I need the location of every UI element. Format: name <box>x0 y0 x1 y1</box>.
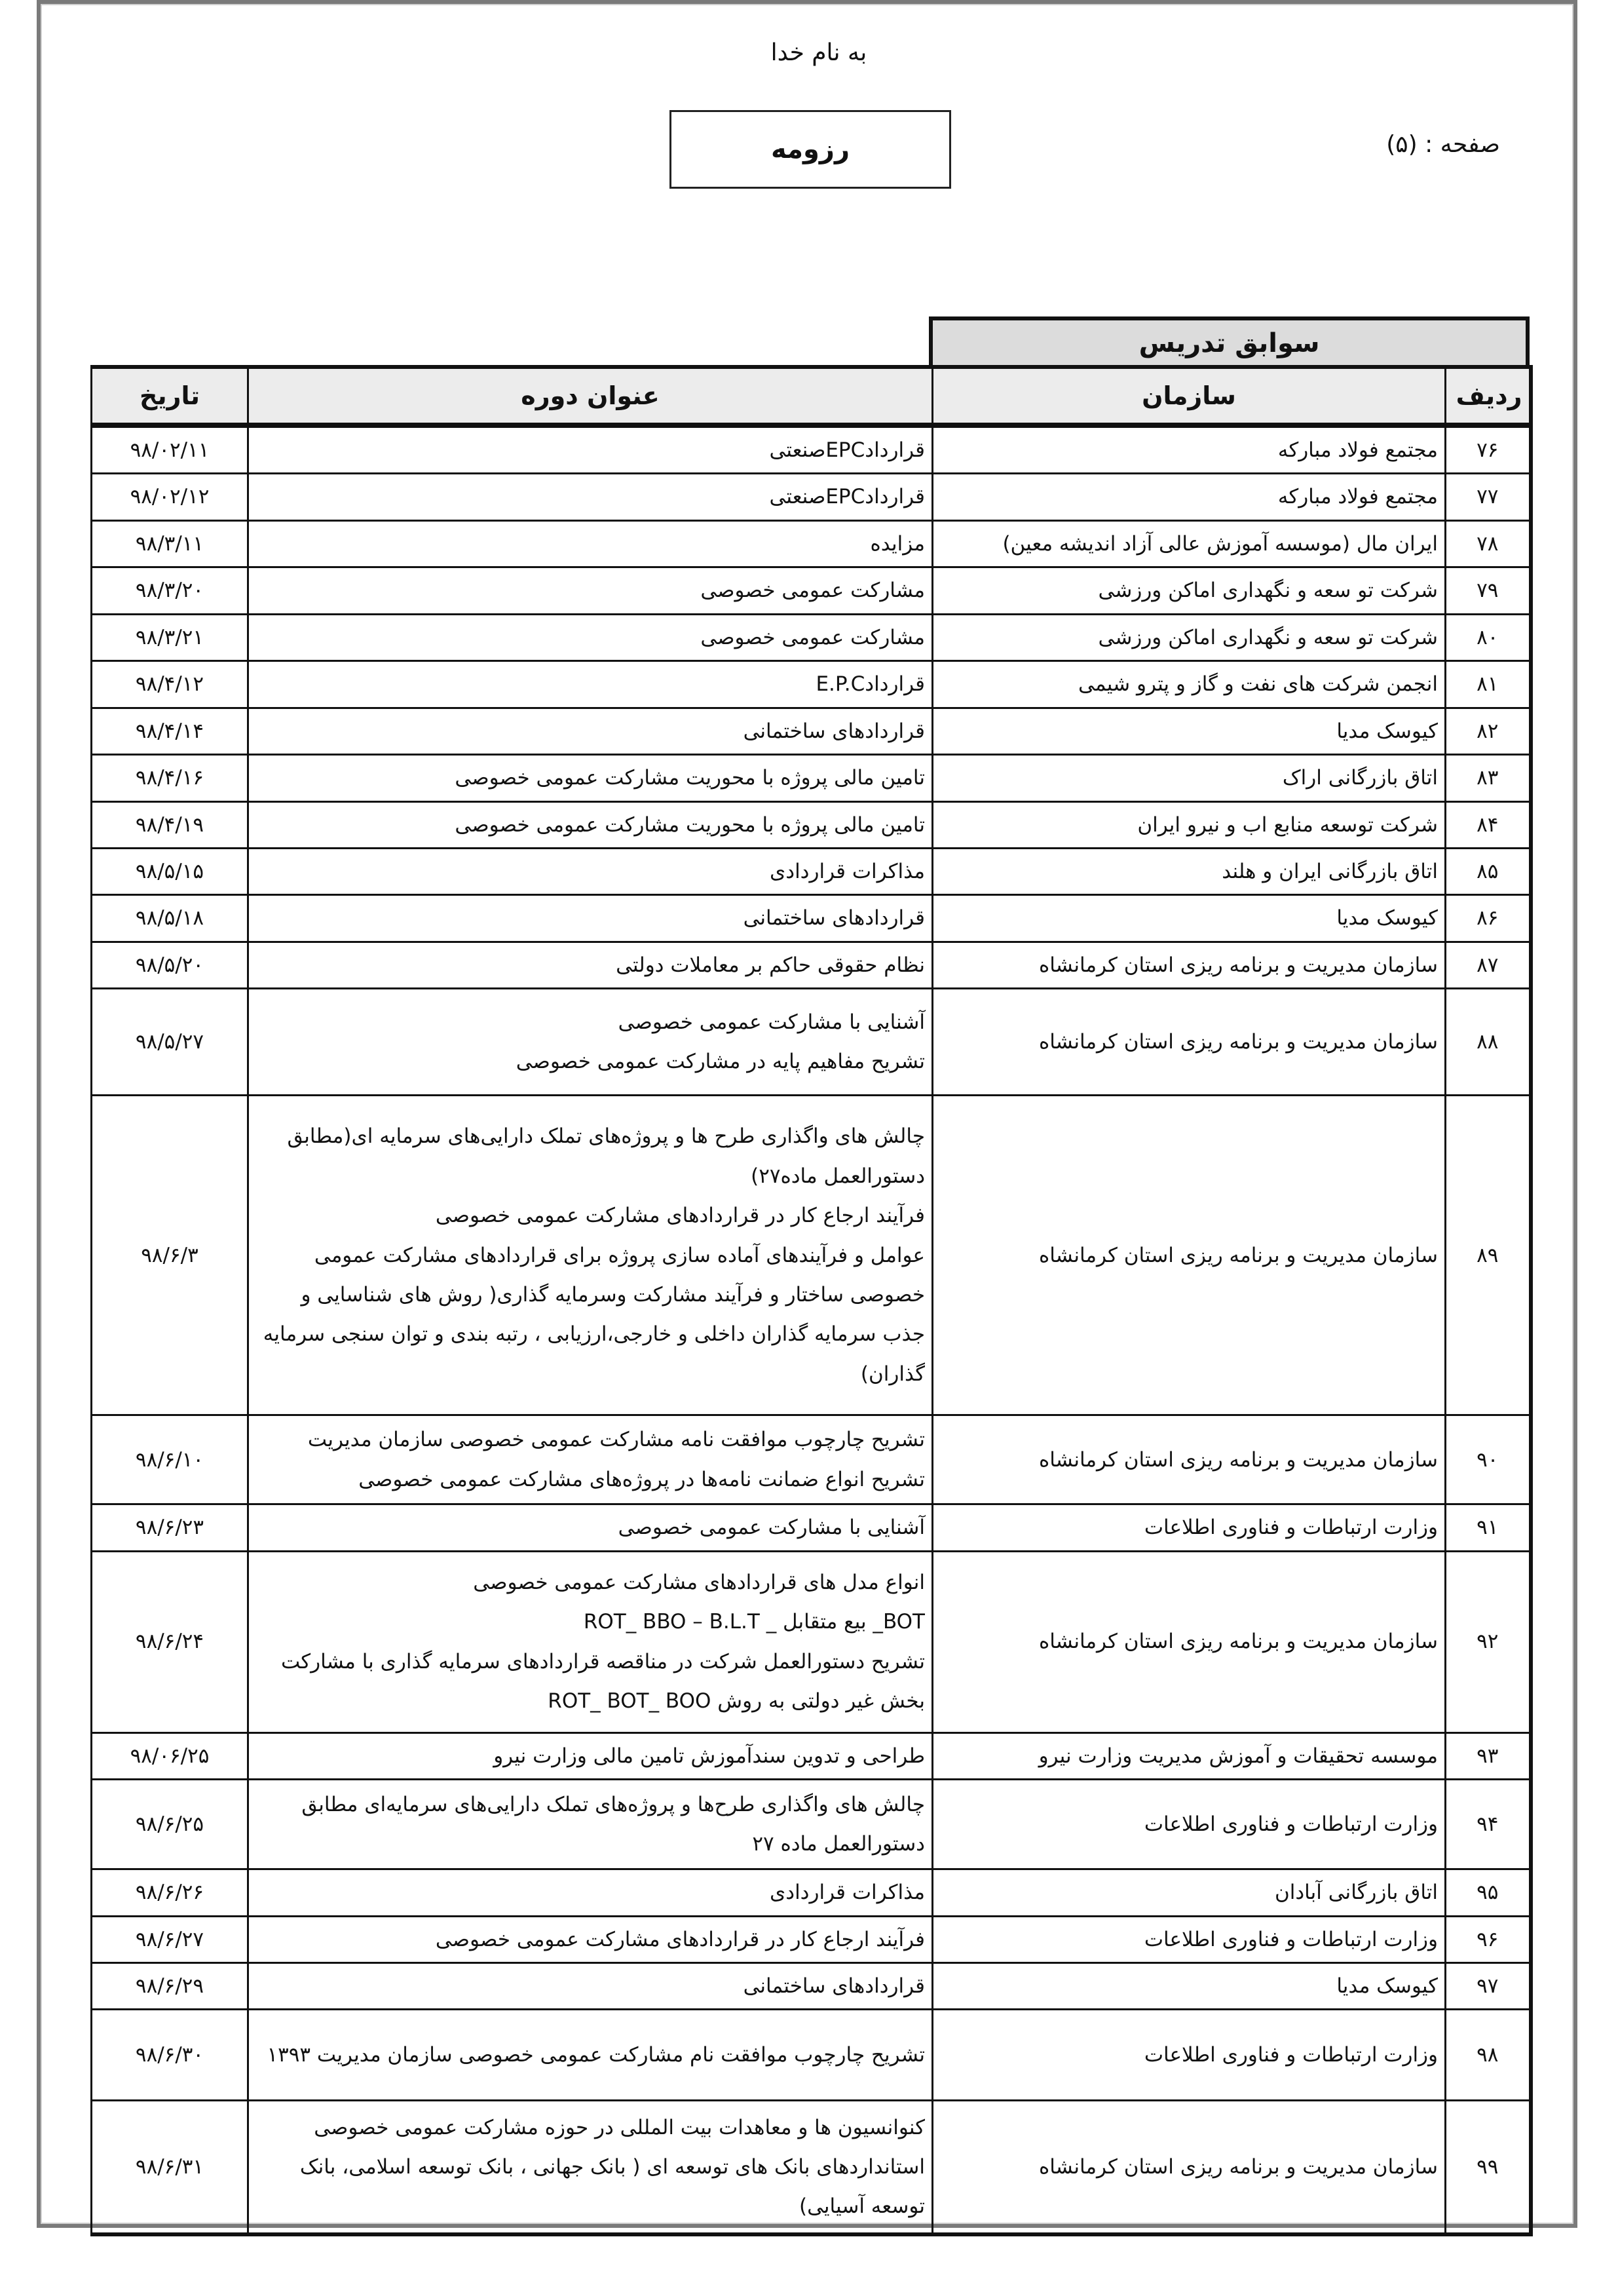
organization-cell: سازمان مدیریت و برنامه ریزی استان کرمانش… <box>933 1096 1446 1415</box>
course-title-line: چالش های واگذاری طرح ها و پروژه‌های تملک… <box>255 1117 925 1196</box>
date-cell: ۹۸/۶/۲۷ <box>92 1916 248 1962</box>
date-cell: ۹۸/۰۲/۱۱ <box>92 425 248 474</box>
course-title-line: تشریح انواع ضمانت نامه‌ها در پروژه‌های م… <box>255 1460 925 1499</box>
date-cell: ۹۸/۶/۲۹ <box>92 1963 248 2010</box>
organization-cell: سازمان مدیریت و برنامه ریزی استان کرمانش… <box>933 2101 1446 2234</box>
date-cell: ۹۸/۵/۱۸ <box>92 895 248 942</box>
date-cell: ۹۸/۶/۲۵ <box>92 1780 248 1869</box>
organization-cell: وزارت ارتباطات و فناوری اطلاعات <box>933 1780 1446 1869</box>
date-cell: ۹۸/۰۶/۲۵ <box>92 1732 248 1779</box>
row-number-cell: ۸۹ <box>1446 1096 1531 1415</box>
row-number-cell: ۸۳ <box>1446 755 1531 801</box>
organization-cell: اتاق بازرگانی ایران و هلند <box>933 848 1446 894</box>
course-title-line: فرآیند ارجاع کار در قراردادهای مشارکت عم… <box>255 1920 925 1959</box>
date-cell: ۹۸/۴/۱۹ <box>92 801 248 848</box>
course-title-cell: چالش های واگذاری طرح ها و پروژه‌های تملک… <box>248 1096 933 1415</box>
table-row: ۷۶مجتمع فولاد مبارکهقراردادEPCصنعتی۹۸/۰۲… <box>92 425 1531 474</box>
course-title-line: کنوانسیون ها و معاهدات بیت المللی در حوز… <box>255 2108 925 2147</box>
table-row: ۷۹شرکت تو سعه و نگهداری اماکن ورزشیمشارک… <box>92 567 1531 614</box>
organization-cell: وزارت ارتباطات و فناوری اطلاعات <box>933 1504 1446 1551</box>
course-title-line: مذاکرات قراردادی <box>255 1873 925 1912</box>
date-cell: ۹۸/۵/۲۰ <box>92 942 248 988</box>
organization-cell: مجتمع فولاد مبارکه <box>933 425 1446 474</box>
organization-cell: موسسه تحقیقات و آموزش مدیریت وزارت نیرو <box>933 1732 1446 1779</box>
table-header-row: ردیف سازمان عنوان دوره تاریخ <box>92 367 1531 425</box>
organization-cell: ایران مال (موسسه آموزش عالی آزاد اندیشه … <box>933 520 1446 567</box>
document-title: رزومه <box>771 134 850 164</box>
row-number-cell: ۹۲ <box>1446 1551 1531 1732</box>
course-title-line: قراردادهای ساختمانی <box>255 1966 925 2006</box>
course-title-cell: قراردادهای ساختمانی <box>248 708 933 754</box>
course-title-cell: قراردادهای ساختمانی <box>248 1963 933 2010</box>
date-cell: ۹۸/۴/۱۴ <box>92 708 248 754</box>
course-title-line: قراردادEPCصنعتی <box>255 477 925 516</box>
row-number-cell: ۷۹ <box>1446 567 1531 614</box>
table-row: ۸۴شرکت توسعه منابع اب و نیرو ایرانتامین … <box>92 801 1531 848</box>
column-header-organization: سازمان <box>933 367 1446 425</box>
section-title: سوابق تدریس <box>1139 328 1320 358</box>
date-cell: ۹۸/۵/۱۵ <box>92 848 248 894</box>
table-row: ۹۴وزارت ارتباطات و فناوری اطلاعاتچالش ها… <box>92 1780 1531 1869</box>
course-title-line: عوامل و فرآیندهای آماده سازی پروژه برای … <box>255 1236 925 1394</box>
teaching-history-table: ردیف سازمان عنوان دوره تاریخ ۷۶مجتمع فول… <box>90 365 1533 2236</box>
row-number-cell: ۸۰ <box>1446 614 1531 660</box>
column-header-date: تاریخ <box>92 367 248 425</box>
date-cell: ۹۸/۶/۳۱ <box>92 2101 248 2234</box>
table-row: ۹۸وزارت ارتباطات و فناوری اطلاعاتتشریح چ… <box>92 2010 1531 2101</box>
course-title-cell: تامین مالی پروژه با محوریت مشارکت عمومی … <box>248 755 933 801</box>
table-row: ۹۰سازمان مدیریت و برنامه ریزی استان کرما… <box>92 1415 1531 1504</box>
table-row: ۹۶وزارت ارتباطات و فناوری اطلاعاتفرآیند … <box>92 1916 1531 1962</box>
course-title-line: تشریح مفاهیم پایه در مشارکت عمومی خصوصی <box>255 1042 925 1081</box>
row-number-cell: ۸۸ <box>1446 989 1531 1096</box>
table-row: ۹۵اتاق بازرگانی آبادانمذاکرات قراردادی۹۸… <box>92 1869 1531 1916</box>
organization-cell: شرکت توسعه منابع اب و نیرو ایران <box>933 801 1446 848</box>
course-title-line: نظام حقوقی حاکم بر معاملات دولتی <box>255 946 925 985</box>
course-title-line: تشریح دستورالعمل شرکت در مناقصه قرارداده… <box>255 1642 925 1721</box>
date-cell: ۹۸/۶/۲۴ <box>92 1551 248 1732</box>
course-title-cell: قراردادهای ساختمانی <box>248 895 933 942</box>
course-title-line: مذاکرات قراردادی <box>255 852 925 891</box>
column-header-course-title: عنوان دوره <box>248 367 933 425</box>
course-title-cell: آشنایی با مشارکت عمومی خصوصی <box>248 1504 933 1551</box>
course-title-line: انواع مدل های قراردادهای مشارکت عمومی خص… <box>255 1563 925 1602</box>
course-title-cell: کنوانسیون ها و معاهدات بیت المللی در حوز… <box>248 2101 933 2234</box>
organization-cell: شرکت تو سعه و نگهداری اماکن ورزشی <box>933 567 1446 614</box>
row-number-cell: ۹۶ <box>1446 1916 1531 1962</box>
table-row: ۷۷مجتمع فولاد مبارکهقراردادEPCصنعتی۹۸/۰۲… <box>92 474 1531 520</box>
course-title-cell: مذاکرات قراردادی <box>248 1869 933 1916</box>
date-cell: ۹۸/۶/۲۳ <box>92 1504 248 1551</box>
course-title-cell: مذاکرات قراردادی <box>248 848 933 894</box>
course-title-cell: قراردادEPCصنعتی <box>248 425 933 474</box>
table-row: ۸۲کیوسک مدیاقراردادهای ساختمانی۹۸/۴/۱۴ <box>92 708 1531 754</box>
course-title-cell: آشنایی با مشارکت عمومی خصوصیتشریح مفاهیم… <box>248 989 933 1096</box>
date-cell: ۹۸/۶/۲۶ <box>92 1869 248 1916</box>
row-number-cell: ۸۴ <box>1446 801 1531 848</box>
course-title-cell: مشارکت عمومی خصوصی <box>248 567 933 614</box>
organization-cell: وزارت ارتباطات و فناوری اطلاعات <box>933 2010 1446 2101</box>
organization-cell: سازمان مدیریت و برنامه ریزی استان کرمانش… <box>933 1415 1446 1504</box>
course-title-line: آشنایی با مشارکت عمومی خصوصی <box>255 1508 925 1547</box>
row-number-cell: ۹۵ <box>1446 1869 1531 1916</box>
course-title-cell: طراحی و تدوین سندآموزش تامین مالی وزارت … <box>248 1732 933 1779</box>
table-row: ۹۲سازمان مدیریت و برنامه ریزی استان کرما… <box>92 1551 1531 1732</box>
organization-cell: کیوسک مدیا <box>933 708 1446 754</box>
course-title-line: استانداردهای بانک های توسعه ای ( بانک جه… <box>255 2147 925 2227</box>
course-title-line: قراردادEPCصنعتی <box>255 430 925 470</box>
table-row: ۸۹سازمان مدیریت و برنامه ریزی استان کرما… <box>92 1096 1531 1415</box>
table-row: ۷۸ایران مال (موسسه آموزش عالی آزاد اندیش… <box>92 520 1531 567</box>
table-body: ۷۶مجتمع فولاد مبارکهقراردادEPCصنعتی۹۸/۰۲… <box>92 425 1531 2234</box>
row-number-cell: ۸۵ <box>1446 848 1531 894</box>
date-cell: ۹۸/۴/۱۶ <box>92 755 248 801</box>
document-title-box: رزومه <box>669 110 951 189</box>
course-title-cell: مشارکت عمومی خصوصی <box>248 614 933 660</box>
course-title-line: تشریح چارچوب موافقت نامه مشارکت عمومی خص… <box>255 1420 925 1459</box>
organization-cell: سازمان مدیریت و برنامه ریزی استان کرمانش… <box>933 942 1446 988</box>
row-number-cell: ۹۸ <box>1446 2010 1531 2101</box>
course-title-line: قراردادE.P.C <box>255 664 925 704</box>
course-title-line: تشریح چارچوب موافقت نام مشارکت عمومی خصو… <box>255 2035 925 2075</box>
table-row: ۸۶کیوسک مدیاقراردادهای ساختمانی۹۸/۵/۱۸ <box>92 895 1531 942</box>
date-cell: ۹۸/۰۲/۱۲ <box>92 474 248 520</box>
date-cell: ۹۸/۶/۳۰ <box>92 2010 248 2101</box>
row-number-cell: ۹۷ <box>1446 1963 1531 2010</box>
course-title-cell: انواع مدل های قراردادهای مشارکت عمومی خص… <box>248 1551 933 1732</box>
course-title-line: آشنایی با مشارکت عمومی خصوصی <box>255 1003 925 1042</box>
course-title-line: BOT_ بیع متقابل _ ROT_ BBO – B.L.T <box>255 1602 925 1641</box>
course-title-line: قراردادهای ساختمانی <box>255 712 925 751</box>
organization-cell: شرکت تو سعه و نگهداری اماکن ورزشی <box>933 614 1446 660</box>
row-number-cell: ۷۷ <box>1446 474 1531 520</box>
organization-cell: کیوسک مدیا <box>933 1963 1446 2010</box>
table-row: ۹۱وزارت ارتباطات و فناوری اطلاعاتآشنایی … <box>92 1504 1531 1551</box>
date-cell: ۹۸/۳/۲۱ <box>92 614 248 660</box>
course-title-cell: نظام حقوقی حاکم بر معاملات دولتی <box>248 942 933 988</box>
section-title-band: سوابق تدریس <box>929 316 1530 366</box>
row-number-cell: ۹۰ <box>1446 1415 1531 1504</box>
table-row: ۸۷سازمان مدیریت و برنامه ریزی استان کرما… <box>92 942 1531 988</box>
course-title-line: تامین مالی پروژه با محوریت مشارکت عمومی … <box>255 805 925 845</box>
date-cell: ۹۸/۴/۱۲ <box>92 661 248 708</box>
table-row: ۸۸سازمان مدیریت و برنامه ریزی استان کرما… <box>92 989 1531 1096</box>
course-title-cell: فرآیند ارجاع کار در قراردادهای مشارکت عم… <box>248 1916 933 1962</box>
page-number: صفحه : (۵) <box>1336 131 1500 158</box>
course-title-cell: چالش های واگذاری طرح‌ها و پروژه‌های تملک… <box>248 1780 933 1869</box>
course-title-cell: مزایده <box>248 520 933 567</box>
organization-cell: انجمن شرکت های نفت و گاز و پترو شیمی <box>933 661 1446 708</box>
date-cell: ۹۸/۵/۲۷ <box>92 989 248 1096</box>
date-cell: ۹۸/۶/۳ <box>92 1096 248 1415</box>
row-number-cell: ۸۱ <box>1446 661 1531 708</box>
course-title-cell: قراردادEPCصنعتی <box>248 474 933 520</box>
course-title-cell: تشریح چارچوب موافقت نامه مشارکت عمومی خص… <box>248 1415 933 1504</box>
organization-cell: وزارت ارتباطات و فناوری اطلاعات <box>933 1916 1446 1962</box>
column-header-row-no: ردیف <box>1446 367 1531 425</box>
row-number-cell: ۷۶ <box>1446 425 1531 474</box>
organization-cell: سازمان مدیریت و برنامه ریزی استان کرمانش… <box>933 1551 1446 1732</box>
table-row: ۸۱انجمن شرکت های نفت و گاز و پترو شیمیقر… <box>92 661 1531 708</box>
course-title-line: طراحی و تدوین سندآموزش تامین مالی وزارت … <box>255 1736 925 1776</box>
row-number-cell: ۹۳ <box>1446 1732 1531 1779</box>
course-title-cell: قراردادE.P.C <box>248 661 933 708</box>
course-title-cell: تامین مالی پروژه با محوریت مشارکت عمومی … <box>248 801 933 848</box>
organization-cell: سازمان مدیریت و برنامه ریزی استان کرمانش… <box>933 989 1446 1096</box>
course-title-line: مشارکت عمومی خصوصی <box>255 618 925 657</box>
course-title-line: مشارکت عمومی خصوصی <box>255 571 925 610</box>
row-number-cell: ۸۶ <box>1446 895 1531 942</box>
organization-cell: کیوسک مدیا <box>933 895 1446 942</box>
row-number-cell: ۹۴ <box>1446 1780 1531 1869</box>
row-number-cell: ۹۱ <box>1446 1504 1531 1551</box>
course-title-line: تامین مالی پروژه با محوریت مشارکت عمومی … <box>255 758 925 797</box>
row-number-cell: ۹۹ <box>1446 2101 1531 2234</box>
course-title-cell: تشریح چارچوب موافقت نام مشارکت عمومی خصو… <box>248 2010 933 2101</box>
date-cell: ۹۸/۳/۲۰ <box>92 567 248 614</box>
organization-cell: اتاق بازرگانی اراک <box>933 755 1446 801</box>
table-row: ۹۹سازمان مدیریت و برنامه ریزی استان کرما… <box>92 2101 1531 2234</box>
row-number-cell: ۷۸ <box>1446 520 1531 567</box>
table-row: ۸۳اتاق بازرگانی اراکتامین مالی پروژه با … <box>92 755 1531 801</box>
row-number-cell: ۸۲ <box>1446 708 1531 754</box>
course-title-line: قراردادهای ساختمانی <box>255 898 925 938</box>
row-number-cell: ۸۷ <box>1446 942 1531 988</box>
table-row: ۹۷کیوسک مدیاقراردادهای ساختمانی۹۸/۶/۲۹ <box>92 1963 1531 2010</box>
table-row: ۸۰شرکت تو سعه و نگهداری اماکن ورزشیمشارک… <box>92 614 1531 660</box>
bismillah-heading: به نام خدا <box>753 39 884 66</box>
date-cell: ۹۸/۳/۱۱ <box>92 520 248 567</box>
table-row: ۸۵اتاق بازرگانی ایران و هلندمذاکرات قرار… <box>92 848 1531 894</box>
organization-cell: مجتمع فولاد مبارکه <box>933 474 1446 520</box>
course-title-line: مزایده <box>255 524 925 564</box>
course-title-line: فرآیند ارجاع کار در قراردادهای مشارکت عم… <box>255 1196 925 1235</box>
organization-cell: اتاق بازرگانی آبادان <box>933 1869 1446 1916</box>
table-row: ۹۳موسسه تحقیقات و آموزش مدیریت وزارت نیر… <box>92 1732 1531 1779</box>
date-cell: ۹۸/۶/۱۰ <box>92 1415 248 1504</box>
course-title-line: چالش های واگذاری طرح‌ها و پروژه‌های تملک… <box>255 1785 925 1864</box>
